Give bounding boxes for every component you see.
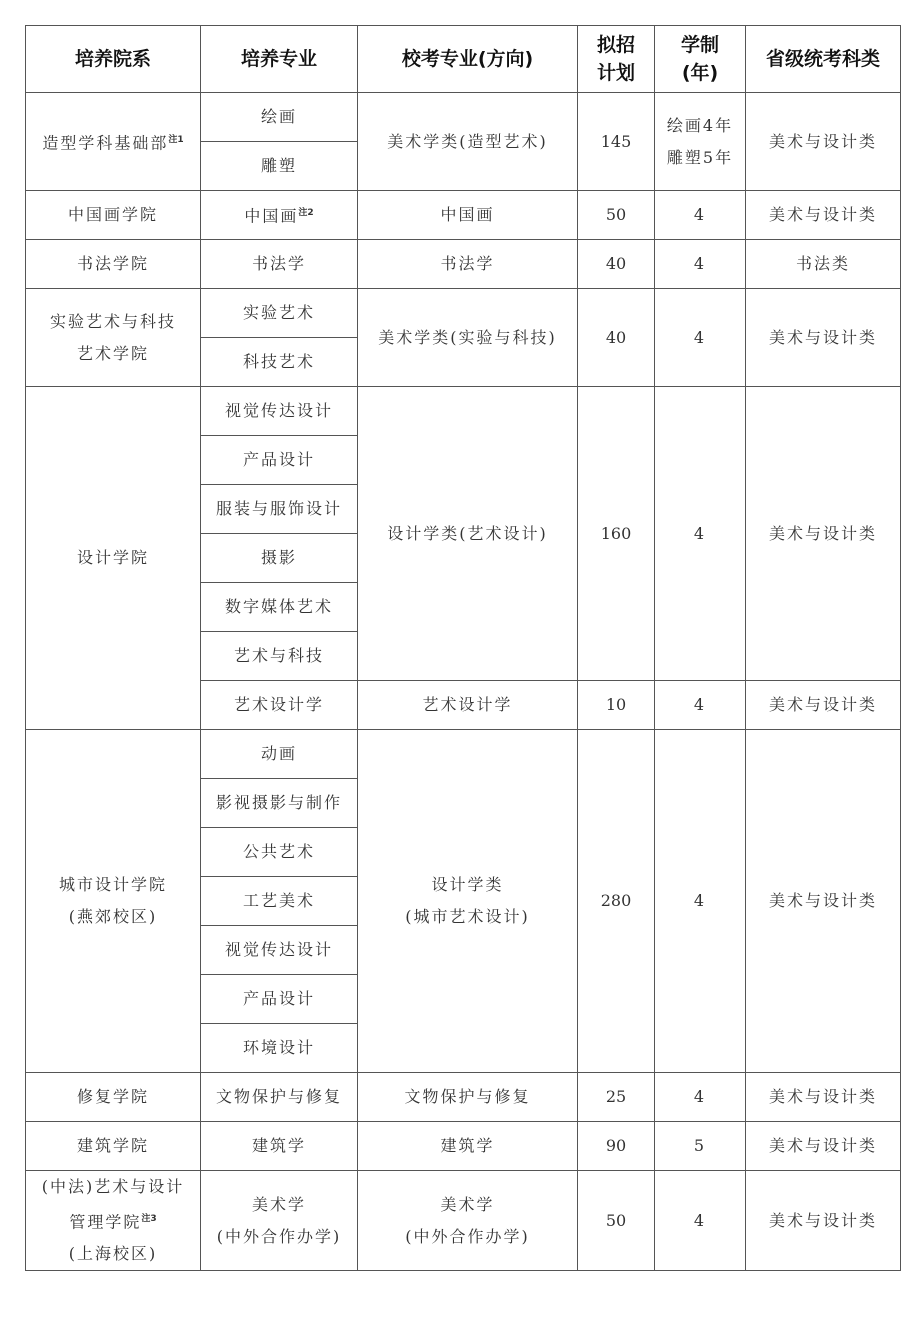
- plan-cell: 50: [578, 191, 655, 240]
- table-row: 修复学院文物保护与修复文物保护与修复254美术与设计类: [26, 1073, 901, 1122]
- major-cell: 影视摄影与制作: [201, 779, 358, 828]
- dept-cell: 建筑学院: [26, 1122, 201, 1171]
- dept-cell: 造型学科基础部注1: [26, 93, 201, 191]
- dept-cell: 设计学院: [26, 387, 201, 730]
- plan-cell: 145: [578, 93, 655, 191]
- dept-cell: 修复学院: [26, 1073, 201, 1122]
- column-header: 省级统考科类: [746, 26, 901, 93]
- major-cell: 产品设计: [201, 436, 358, 485]
- category-cell: 美术与设计类: [746, 93, 901, 191]
- exam-major-cell: 书法学: [358, 240, 578, 289]
- years-cell: 4: [655, 1171, 746, 1271]
- plan-cell: 40: [578, 289, 655, 387]
- table-row: 建筑学院建筑学建筑学905美术与设计类: [26, 1122, 901, 1171]
- category-cell: 书法类: [746, 240, 901, 289]
- major-cell: 数字媒体艺术: [201, 583, 358, 632]
- column-header: 拟招计划: [578, 26, 655, 93]
- years-cell: 4: [655, 191, 746, 240]
- category-cell: 美术与设计类: [746, 387, 901, 681]
- major-cell: 环境设计: [201, 1024, 358, 1073]
- years-cell: 绘画4年雕塑5年: [655, 93, 746, 191]
- category-cell: 美术与设计类: [746, 681, 901, 730]
- table-row: (中法)艺术与设计管理学院注3(上海校区)美术学(中外合作办学)美术学(中外合作…: [26, 1171, 901, 1271]
- major-cell: 科技艺术: [201, 338, 358, 387]
- major-cell: 绘画: [201, 93, 358, 142]
- header-row: 培养院系培养专业校考专业(方向)拟招计划学制(年)省级统考科类: [26, 26, 901, 93]
- dept-cell: 中国画学院: [26, 191, 201, 240]
- exam-major-cell: 建筑学: [358, 1122, 578, 1171]
- years-cell: 4: [655, 387, 746, 681]
- exam-major-cell: 设计学类(艺术设计): [358, 387, 578, 681]
- category-cell: 美术与设计类: [746, 730, 901, 1073]
- admissions-table: 培养院系培养专业校考专业(方向)拟招计划学制(年)省级统考科类 造型学科基础部注…: [25, 25, 901, 1271]
- major-cell: 艺术设计学: [201, 681, 358, 730]
- column-header: 培养院系: [26, 26, 201, 93]
- years-cell: 4: [655, 289, 746, 387]
- major-cell: 工艺美术: [201, 877, 358, 926]
- years-cell: 4: [655, 1073, 746, 1122]
- major-cell: 雕塑: [201, 142, 358, 191]
- column-header: 培养专业: [201, 26, 358, 93]
- dept-cell: (中法)艺术与设计管理学院注3(上海校区): [26, 1171, 201, 1271]
- table-row: 书法学院书法学书法学404书法类: [26, 240, 901, 289]
- plan-cell: 10: [578, 681, 655, 730]
- category-cell: 美术与设计类: [746, 1122, 901, 1171]
- major-cell: 实验艺术: [201, 289, 358, 338]
- dept-cell: 实验艺术与科技艺术学院: [26, 289, 201, 387]
- major-cell: 艺术与科技: [201, 632, 358, 681]
- exam-major-cell: 中国画: [358, 191, 578, 240]
- major-cell: 摄影: [201, 534, 358, 583]
- years-cell: 4: [655, 240, 746, 289]
- column-header: 校考专业(方向): [358, 26, 578, 93]
- table-row: 城市设计学院(燕郊校区)动画设计学类(城市艺术设计)2804美术与设计类: [26, 730, 901, 779]
- major-cell: 动画: [201, 730, 358, 779]
- exam-major-cell: 美术学类(造型艺术): [358, 93, 578, 191]
- dept-cell: 书法学院: [26, 240, 201, 289]
- years-cell: 5: [655, 1122, 746, 1171]
- table-row: 实验艺术与科技艺术学院实验艺术美术学类(实验与科技)404美术与设计类: [26, 289, 901, 338]
- major-cell: 产品设计: [201, 975, 358, 1024]
- major-cell: 视觉传达设计: [201, 387, 358, 436]
- exam-major-cell: 文物保护与修复: [358, 1073, 578, 1122]
- exam-major-cell: 美术学类(实验与科技): [358, 289, 578, 387]
- plan-cell: 160: [578, 387, 655, 681]
- years-cell: 4: [655, 681, 746, 730]
- major-cell: 文物保护与修复: [201, 1073, 358, 1122]
- exam-major-cell: 艺术设计学: [358, 681, 578, 730]
- category-cell: 美术与设计类: [746, 1171, 901, 1271]
- table-row: 中国画学院中国画注2中国画504美术与设计类: [26, 191, 901, 240]
- major-cell: 服装与服饰设计: [201, 485, 358, 534]
- major-cell: 中国画注2: [201, 191, 358, 240]
- table-row: 造型学科基础部注1绘画美术学类(造型艺术)145绘画4年雕塑5年美术与设计类: [26, 93, 901, 142]
- plan-cell: 280: [578, 730, 655, 1073]
- category-cell: 美术与设计类: [746, 191, 901, 240]
- plan-cell: 90: [578, 1122, 655, 1171]
- plan-cell: 40: [578, 240, 655, 289]
- major-cell: 美术学(中外合作办学): [201, 1171, 358, 1271]
- plan-cell: 50: [578, 1171, 655, 1271]
- table-row: 设计学院视觉传达设计设计学类(艺术设计)1604美术与设计类: [26, 387, 901, 436]
- exam-major-cell: 美术学(中外合作办学): [358, 1171, 578, 1271]
- column-header: 学制(年): [655, 26, 746, 93]
- major-cell: 建筑学: [201, 1122, 358, 1171]
- years-cell: 4: [655, 730, 746, 1073]
- category-cell: 美术与设计类: [746, 289, 901, 387]
- major-cell: 书法学: [201, 240, 358, 289]
- plan-cell: 25: [578, 1073, 655, 1122]
- category-cell: 美术与设计类: [746, 1073, 901, 1122]
- dept-cell: 城市设计学院(燕郊校区): [26, 730, 201, 1073]
- major-cell: 视觉传达设计: [201, 926, 358, 975]
- major-cell: 公共艺术: [201, 828, 358, 877]
- exam-major-cell: 设计学类(城市艺术设计): [358, 730, 578, 1073]
